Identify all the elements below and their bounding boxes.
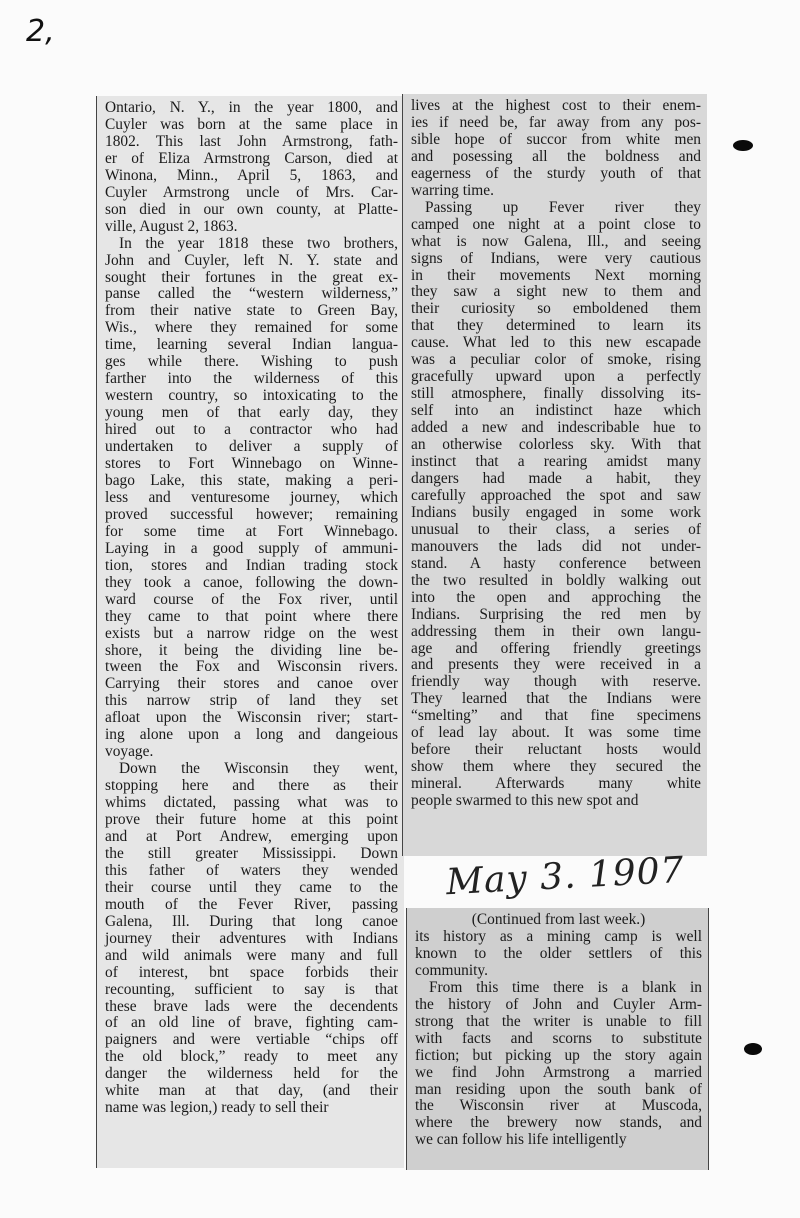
text-line: instinct that a rearing amidst many — [411, 454, 701, 471]
text-line: they saw a sight new to them and — [411, 284, 701, 301]
text-line: fiction; but picking up the story again — [415, 1048, 702, 1065]
text-line: cause. What led to this new escapade — [411, 335, 701, 352]
text-line: and posessing all the boldness and — [411, 149, 701, 166]
text-line: its history as a mining camp is well — [415, 929, 702, 946]
text-line: They learned that the Indians were — [411, 691, 701, 708]
text-line: mineral. Afterwards many white — [411, 776, 701, 793]
text-line: Winona, Minn., April 5, 1863, and — [105, 168, 398, 185]
text-line: and presents they were received in a — [411, 657, 701, 674]
text-line: recounting, sufficient to say is that — [105, 982, 398, 999]
text-line: Carrying their stores and canoe over — [105, 676, 398, 693]
punch-hole-mark — [744, 1043, 762, 1055]
text-line: prove their future home at this point — [105, 812, 398, 829]
text-line: mouth of the Fever River, passing — [105, 897, 398, 914]
text-line: they came to that point where there — [105, 609, 398, 626]
text-line: added a new and indescribable hue to — [411, 420, 701, 437]
text-line: young men of that early day, they — [105, 405, 398, 422]
text-line: and at Port Andrew, emerging upon — [105, 829, 398, 846]
text-line: Galena, Ill. During that long canoe — [105, 914, 398, 931]
text-line: ing alone upon a long and dangeious — [105, 727, 398, 744]
text-line: Wis., where they remained for some — [105, 320, 398, 337]
text-line: Cuyler was born at the same place in — [105, 117, 398, 134]
text-line: ward course of the Fox river, until — [105, 592, 398, 609]
text-line: of an old line of brave, fighting cam- — [105, 1015, 398, 1032]
text-line: John and Cuyler, left N. Y. state and — [105, 253, 398, 270]
text-line: strong that the writer is unable to fill — [415, 1014, 702, 1031]
text-line: bago Lake, this state, making a peri- — [105, 473, 398, 490]
text-line: eagerness of the sturdy youth of that — [411, 166, 701, 183]
text-line: their curiosity so emboldened them — [411, 301, 701, 318]
text-line: panse called the “western wilderness,” — [105, 286, 398, 303]
text-line: community. — [415, 963, 702, 980]
text-line: was a peculiar color of smoke, rising — [411, 352, 701, 369]
text-line: of lead lay about. It was some time — [411, 725, 701, 742]
text-line: self into an indistinct haze which — [411, 403, 701, 420]
text-line: of interest, bnt space forbids their — [105, 965, 398, 982]
text-line: this father of waters they wended — [105, 863, 398, 880]
text-line: exists but a narrow ridge on the west — [105, 626, 398, 643]
text-line: lives at the highest cost to their enem- — [411, 98, 701, 115]
text-line: hired out to a contractor who had — [105, 422, 398, 439]
text-line: white man at that day, (and their — [105, 1083, 398, 1100]
continued-note: (Continued from last week.) — [415, 912, 702, 929]
text-line: er of Eliza Armstrong Carson, died at — [105, 151, 398, 168]
text-line: the history of John and Cuyler Arm- — [415, 997, 702, 1014]
text-line: camped one night at a point close to — [411, 217, 701, 234]
text-line: we find John Armstrong a married — [415, 1065, 702, 1082]
text-line: still atmosphere, finally dissolving its… — [411, 386, 701, 403]
text-line: dangers had made a habit, they — [411, 471, 701, 488]
text-line: this narrow strip of land they set — [105, 693, 398, 710]
text-line: known to the older settlers of this — [415, 946, 702, 963]
text-line: 1802. This last John Armstrong, fath- — [105, 134, 398, 151]
text-line: Cuyler Armstrong uncle of Mrs. Car- — [105, 185, 398, 202]
text-line: Indians busily engaged in some work — [411, 505, 701, 522]
text-line: “smelting” and that fine specimens — [411, 708, 701, 725]
text-line: In the year 1818 these two brothers, — [105, 236, 398, 253]
text-line: ville, August 2, 1863. — [105, 219, 398, 236]
text-line: ies if need be, far away from any pos- — [411, 115, 701, 132]
text-line: shore, it being the dividing line be- — [105, 643, 398, 660]
text-line: tween the Fox and Wisconsin rivers. — [105, 659, 398, 676]
text-line: danger the wilderness held for the — [105, 1066, 398, 1083]
clipping-right-column-top: lives at the highest cost to their enem-… — [402, 94, 707, 856]
text-line: stand. A hasty conference between — [411, 556, 701, 573]
text-line: undertaken to deliver a supply of — [105, 439, 398, 456]
text-line: Indians. Surprising the red men by — [411, 607, 701, 624]
punch-hole-mark — [733, 140, 753, 151]
text-line: stores to Fort Winnebago on Winne- — [105, 456, 398, 473]
text-line: afloat upon the Wisconsin river; start- — [105, 710, 398, 727]
text-line: farther into the wilderness of this — [105, 371, 398, 388]
text-line: unusual to their class, a series of — [411, 522, 701, 539]
text-line: age and offering friendly greetings — [411, 641, 701, 658]
text-line: paigners and were vertiable “chips off — [105, 1032, 398, 1049]
text-line: in their movements Next morning — [411, 268, 701, 285]
text-line: less and venturesome journey, which — [105, 490, 398, 507]
text-line: from their native state to Green Bay, — [105, 303, 398, 320]
text-line: for some time at Fort Winnebago. — [105, 524, 398, 541]
text-line: show them where they secured the — [411, 759, 701, 776]
text-line: manouvers the lads did not under- — [411, 539, 701, 556]
text-line: whims dictated, passing what was to — [105, 795, 398, 812]
text-line: they took a canoe, following the down- — [105, 575, 398, 592]
text-line: sible hope of succor from white men — [411, 132, 701, 149]
text-line: what is now Galena, Ill., and seeing — [411, 234, 701, 251]
text-line: gracefully upward upon a perfectly — [411, 369, 701, 386]
text-line: addressing them in their own langu- — [411, 624, 701, 641]
text-line: the still greater Mississippi. Down — [105, 846, 398, 863]
text-line: proved successful however; remaining — [105, 507, 398, 524]
text-line: western country, so intoxicating to the — [105, 388, 398, 405]
text-line: an otherwise colorless sky. With that — [411, 437, 701, 454]
text-line: these brave lads were the decendents — [105, 999, 398, 1016]
clipping-left-column: Ontario, N. Y., in the year 1800, andCuy… — [96, 96, 404, 1168]
text-line: with facts and scorns to substitute — [415, 1031, 702, 1048]
text-line: the old block,” ready to meet any — [105, 1049, 398, 1066]
text-line: before their reluctant hosts would — [411, 742, 701, 759]
text-line: voyage. — [105, 744, 398, 761]
text-line: we can follow his life intelligently — [415, 1132, 702, 1149]
text-line: warring time. — [411, 183, 701, 200]
text-line: From this time there is a blank in — [415, 980, 702, 997]
text-line: sought their fortunes in the great ex- — [105, 270, 398, 287]
text-line: the Wisconsin river at Muscoda, — [415, 1098, 702, 1115]
text-line: Laying in a good supply of ammuni- — [105, 541, 398, 558]
text-line: Passing up Fever river they — [411, 200, 701, 217]
text-line: man residing upon the south bank of — [415, 1082, 702, 1099]
text-line: Down the Wisconsin they went, — [105, 761, 398, 778]
text-line: Ontario, N. Y., in the year 1800, and — [105, 100, 398, 117]
text-line: tion, stores and Indian trading stock — [105, 558, 398, 575]
text-line: where the brewery now stands, and — [415, 1115, 702, 1132]
text-line: into the open and approching the — [411, 590, 701, 607]
clipping-right-column-bottom: (Continued from last week.) its history … — [406, 908, 709, 1170]
handwritten-date: May 3. 1907 — [445, 850, 685, 903]
text-line: son died in our own county, at Platte- — [105, 202, 398, 219]
text-line: name was legion,) ready to sell their — [105, 1100, 398, 1117]
text-line: ges while there. Wishing to push — [105, 354, 398, 371]
text-line: signs of Indians, were very cautious — [411, 251, 701, 268]
text-line: people swarmed to this new spot and — [411, 793, 701, 810]
text-line: that they determined to learn its — [411, 318, 701, 335]
text-line: carefully approached the spot and saw — [411, 488, 701, 505]
text-line: time, learning several Indian langua- — [105, 337, 398, 354]
text-line: friendly way though with reserve. — [411, 674, 701, 691]
page-number: 2, — [26, 14, 55, 49]
text-line: the two resulted in boldly walking out — [411, 573, 701, 590]
text-line: and wild animals were many and full — [105, 948, 398, 965]
text-line: their course until they came to the — [105, 880, 398, 897]
text-line: stopping here and there as their — [105, 778, 398, 795]
text-line: journey their adventures with Indians — [105, 931, 398, 948]
